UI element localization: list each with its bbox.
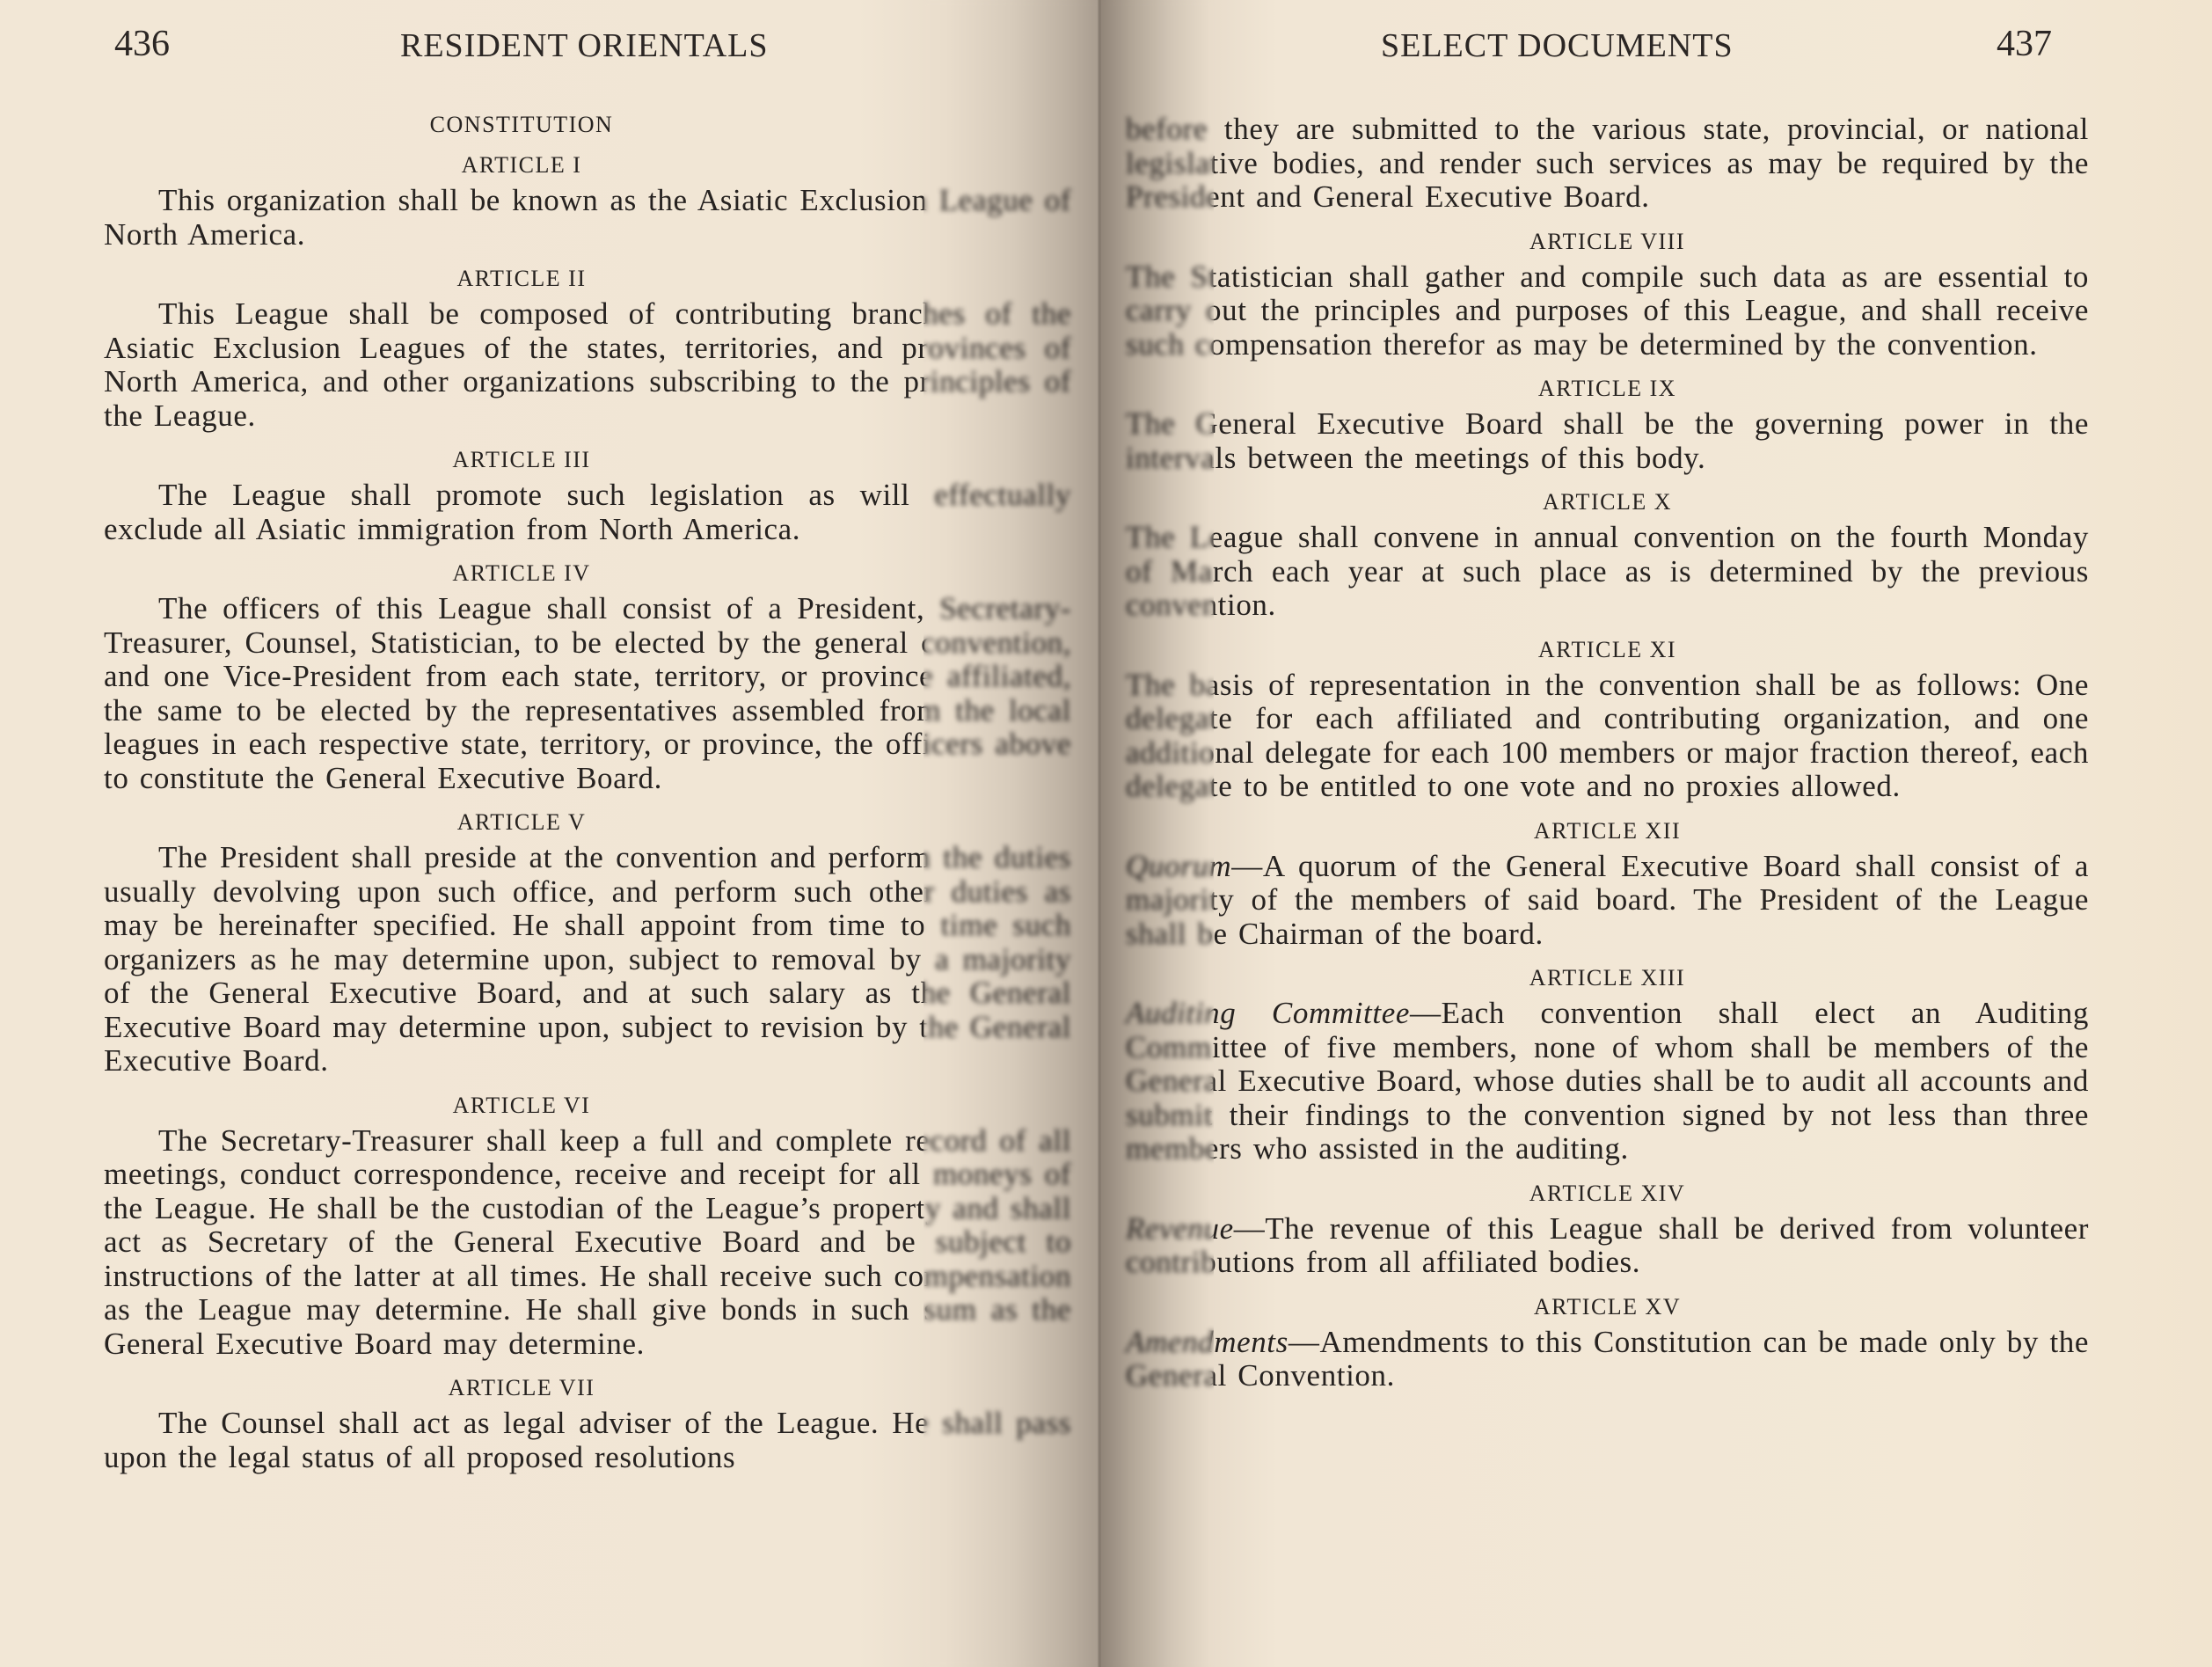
article-heading: ARTICLE V bbox=[104, 808, 1071, 837]
article-text: Quorum—A quorum of the General Executive… bbox=[1126, 850, 2089, 952]
right-page-body: before they are submitted to the various… bbox=[1126, 113, 2089, 1406]
article-heading: ARTICLE XIV bbox=[1126, 1179, 2089, 1209]
right-page: SELECT DOCUMENTS 437 before they are sub… bbox=[1099, 0, 2212, 1667]
article-text: The Counsel shall act as legal adviser o… bbox=[104, 1407, 1071, 1474]
article-heading: ARTICLE IV bbox=[104, 559, 1071, 589]
article-heading: ARTICLE XI bbox=[1126, 635, 2089, 665]
article-text: Amendments—Amendments to this Constituti… bbox=[1126, 1326, 2089, 1393]
article-heading: ARTICLE VI bbox=[104, 1091, 1071, 1121]
constitution-title: CONSTITUTION bbox=[104, 110, 1071, 140]
article-heading: ARTICLE III bbox=[104, 445, 1071, 475]
article-text: The Secretary-Treasurer shall keep a ful… bbox=[104, 1124, 1071, 1362]
article-lead-italic: Quorum bbox=[1126, 849, 1231, 883]
article-heading: ARTICLE VII bbox=[104, 1373, 1071, 1403]
book-gutter bbox=[1098, 0, 1101, 1667]
page-number-left: 436 bbox=[114, 23, 170, 65]
article-heading: ARTICLE X bbox=[1126, 487, 2089, 517]
article-body: —A quorum of the General Executive Board… bbox=[1126, 849, 2089, 951]
running-head-left: RESIDENT ORIENTALS bbox=[400, 26, 769, 65]
article-text: Auditing Committee—Each convention shall… bbox=[1126, 997, 2089, 1166]
article-heading: ARTICLE XIII bbox=[1126, 963, 2089, 993]
article-text: The officers of this League shall consis… bbox=[104, 592, 1071, 795]
article-heading: ARTICLE VIII bbox=[1126, 227, 2089, 257]
article-text: The basis of representation in the conve… bbox=[1126, 669, 2089, 804]
book-spread: 436 RESIDENT ORIENTALS CONSTITUTION ARTI… bbox=[0, 0, 2212, 1667]
left-page: 436 RESIDENT ORIENTALS CONSTITUTION ARTI… bbox=[0, 0, 1099, 1667]
article-text: The President shall preside at the conve… bbox=[104, 841, 1071, 1078]
article-heading: ARTICLE XV bbox=[1126, 1292, 2089, 1322]
continuation-text: before they are submitted to the various… bbox=[1126, 113, 2089, 215]
article-lead-italic: Revenue bbox=[1126, 1211, 1234, 1246]
article-text: The League shall convene in annual conve… bbox=[1126, 521, 2089, 623]
article-text: The Statistician shall gather and compil… bbox=[1126, 260, 2089, 362]
article-heading: ARTICLE IX bbox=[1126, 374, 2089, 404]
running-head-right: SELECT DOCUMENTS bbox=[1381, 26, 1734, 65]
article-text: The General Executive Board shall be the… bbox=[1126, 407, 2089, 475]
article-heading: ARTICLE XII bbox=[1126, 816, 2089, 846]
article-body: —The revenue of this League shall be der… bbox=[1126, 1211, 2089, 1280]
article-heading: ARTICLE II bbox=[104, 264, 1071, 294]
article-text: The League shall promote such legislatio… bbox=[104, 479, 1071, 546]
left-page-body: CONSTITUTION ARTICLE I This organization… bbox=[104, 110, 1071, 1487]
article-heading: ARTICLE I bbox=[104, 150, 1071, 180]
article-lead-italic: Auditing Committee bbox=[1126, 996, 1410, 1030]
article-text: Revenue—The revenue of this League shall… bbox=[1126, 1212, 2089, 1280]
article-text: This League shall be composed of contrib… bbox=[104, 297, 1071, 433]
article-text: This organization shall be known as the … bbox=[104, 184, 1071, 252]
page-number-right: 437 bbox=[1997, 23, 2052, 65]
article-lead-italic: Amendments bbox=[1126, 1325, 1289, 1359]
